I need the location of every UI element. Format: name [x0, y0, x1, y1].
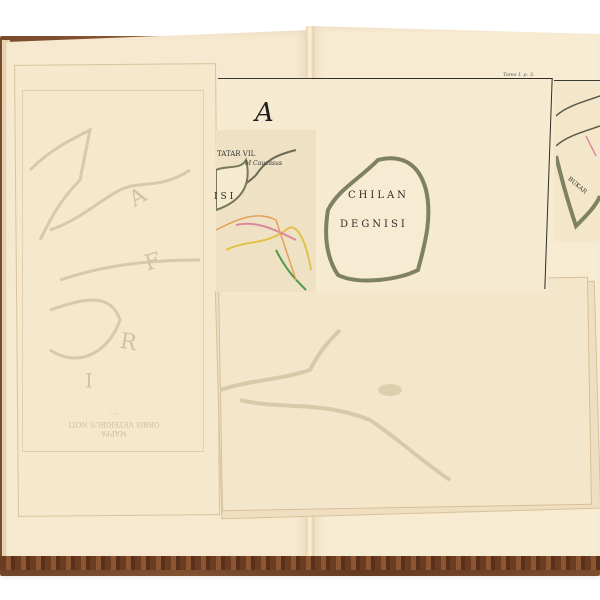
map-label-sea-line2: DEGNISI [340, 219, 408, 230]
map-border [304, 78, 552, 289]
map-label-sea-line1: CHILAN [348, 190, 409, 201]
ghost-letter: I [85, 368, 93, 392]
map-label-mountains: M Caucasus [245, 160, 282, 167]
map-label-region: TATAR VIL [217, 150, 255, 158]
adjacent-map-coast [556, 86, 600, 236]
map-large-letter: A [255, 98, 274, 128]
map-label-sea-fragment: ISI [214, 192, 236, 202]
book-cover-bottom-edge [0, 556, 600, 570]
ghost-coastline [20, 110, 210, 390]
ghost-cartouche: MAPPA ORBIS VETERIBUS NOTI ... [24, 410, 204, 437]
map-page-reference: Tome I. p. 3. [503, 72, 535, 78]
ghost-coastline-bottom [220, 300, 580, 500]
